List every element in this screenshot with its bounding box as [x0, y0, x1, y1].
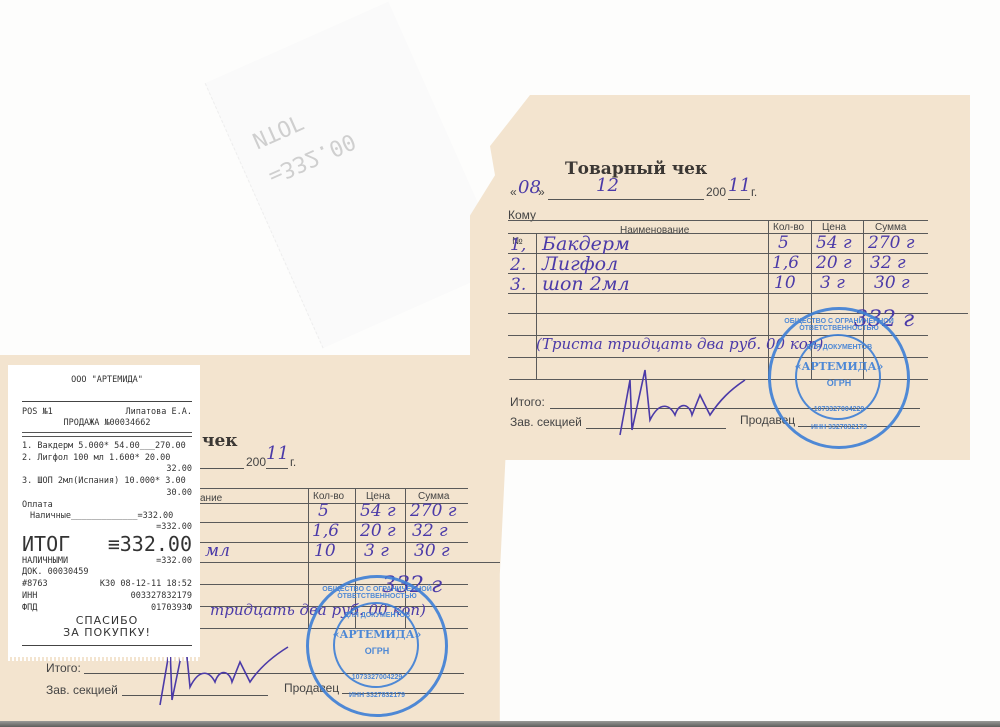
year-line: [728, 199, 750, 200]
section-head-label: Зав. секцией: [46, 683, 118, 697]
table-rule: [508, 220, 928, 221]
stamp-ogrn-label: ОГРН: [771, 378, 907, 388]
receipt-doc-number: ДОК. 00030459: [22, 567, 192, 578]
col-header-qty: Кол-во: [773, 222, 804, 233]
stamp-sub-text: ДЛЯ ДОКУМЕНТОВ: [309, 612, 445, 619]
row-2-sum: 32 г: [412, 521, 448, 541]
row-2-sum: 32 г: [870, 253, 906, 273]
row-2-number: 2.: [510, 255, 526, 275]
table-rule: [200, 562, 500, 563]
date-quote-close: »: [538, 185, 545, 199]
col-header-name-partial: ание: [200, 493, 222, 504]
row-3-name: шоп 2мл: [542, 273, 630, 295]
receipt-thanks-2: ЗА ПОКУПКУ!: [22, 627, 192, 638]
row-3-price: 3 г: [364, 541, 389, 561]
stamp-company-name: «АРТЕМИДА»: [309, 628, 445, 641]
receipt-separator: [22, 645, 192, 646]
section-head-label: Зав. секцией: [510, 415, 582, 429]
receipt-item-3: 3. ШОП 2мл(Испания) 10.000* 3.00: [22, 476, 192, 487]
form-title-partial: чек: [202, 431, 238, 451]
row-2-qty: 1,6: [312, 521, 339, 541]
row-2-qty: 1,6: [772, 253, 799, 273]
col-header-price: Цена: [822, 222, 846, 233]
date-month-line: [548, 199, 704, 200]
scanner-edge-bottom: [0, 721, 1000, 727]
receipt-cash-value: =332.00: [22, 556, 192, 567]
col-header-name: Наименование: [620, 225, 689, 236]
row-3-price: 3 г: [820, 273, 845, 293]
receipt-total-value: ≡332.00: [22, 533, 192, 555]
receipt-fpd-value: 0170393Ф: [22, 603, 192, 614]
stamp-inn: ИНН 3327832179: [309, 692, 445, 699]
col-header-sum: Сумма: [875, 222, 906, 233]
year-unit: г.: [290, 455, 296, 469]
row-3-sum: 30 г: [874, 273, 910, 293]
row-1-sum: 270 г: [868, 233, 914, 253]
stamp-ogrn-label: ОГРН: [309, 646, 445, 656]
receipt-payment-label: Оплата: [22, 500, 192, 511]
year-line: [266, 468, 288, 469]
faded-receipt-text: =332.00 ИТОГ: [240, 46, 428, 206]
row-2-name: Лигфол: [542, 253, 618, 275]
receipt-item-2: 2. Лигфол 100 мл 1.600* 20.00: [22, 453, 192, 464]
row-3-qty: 10: [314, 541, 336, 561]
total-label: Итого:: [510, 395, 545, 409]
row-1-price: 54 г: [360, 501, 396, 521]
stamp-company-name: «АРТЕМИДА»: [771, 360, 907, 373]
receipt-double-separator: [22, 432, 192, 437]
form-title: Товарный чек: [565, 159, 707, 179]
date-month: 12: [596, 175, 619, 196]
row-1-price: 54 г: [816, 233, 852, 253]
stamp-ring-text: ОБЩЕСТВО С ОГРАНИЧЕННОЙ ОТВЕТСТВЕННОСТЬЮ: [309, 586, 445, 600]
stamp-inn: ИНН 3327832179: [771, 424, 907, 431]
row-1-number: 1,: [510, 235, 526, 255]
cash-register-receipt: ООО "АРТЕМИДА" POS №1 Липатова Е.А. ПРОД…: [8, 365, 200, 657]
row-3-number: 3.: [510, 275, 526, 295]
sales-receipt-form-front: Товарный чек « 08 » 12 200 11 г. Кому № …: [470, 95, 970, 460]
year-suffix: 11: [728, 175, 751, 196]
stamp-ogrn: 1073327004229: [771, 406, 907, 413]
row-1-qty: 5: [778, 233, 789, 253]
year-prefix: 200: [706, 185, 726, 199]
receipt-item-1: 1. Вакдерм 5.000* 54.00___270.00: [22, 441, 192, 452]
receipt-company: ООО "АРТЕМИДА": [22, 375, 192, 386]
year-unit: г.: [751, 185, 757, 199]
receipt-item-2-sum: 32.00: [22, 464, 192, 475]
stamp-ring-text: ОБЩЕСТВО С ОГРАНИЧЕННОЙ ОТВЕТСТВЕННОСТЬЮ: [771, 318, 907, 332]
company-stamp: ОБЩЕСТВО С ОГРАНИЧЕННОЙ ОТВЕТСТВЕННОСТЬЮ…: [306, 575, 448, 717]
stamp-sub-text: ДЛЯ ДОКУМЕНТОВ: [771, 344, 907, 351]
table-col-rule: [768, 220, 769, 379]
receipt-separator: [22, 401, 192, 402]
signature: [600, 360, 750, 440]
receipt-thanks-1: СПАСИБО: [22, 615, 192, 626]
date-line: [200, 468, 244, 469]
row-3-sum: 30 г: [414, 541, 450, 561]
row-3-qty: 10: [774, 273, 796, 293]
total-label: Итого:: [46, 661, 81, 675]
faded-itog: ИТОГ: [251, 70, 402, 147]
receipt-inn-value: 003327832179: [22, 591, 192, 602]
year-prefix: 200: [246, 455, 266, 469]
row-3-name-partial: мл: [205, 541, 230, 561]
receipt-cash-line: Наличные_____________=332.00: [22, 511, 192, 522]
date-quote-open: «: [510, 185, 517, 199]
year-suffix: 11: [266, 443, 289, 464]
receipt-cashier: Липатова Е.А.: [22, 407, 192, 418]
faded-receipt-back: =332.00 ИТОГ: [205, 2, 507, 349]
company-stamp: ОБЩЕСТВО С ОГРАНИЧЕННОЙ ОТВЕТСТВЕННОСТЬЮ…: [768, 307, 910, 449]
receipt-item-3-sum: 30.00: [22, 488, 192, 499]
receipt-datetime: КЗ0 08-12-11 18:52: [22, 579, 192, 590]
row-1-sum: 270 г: [410, 501, 456, 521]
table-rule: [200, 488, 468, 489]
row-2-price: 20 г: [816, 253, 852, 273]
receipt-torn-edge: [8, 657, 200, 661]
receipt-sale-number: ПРОДАЖА №00034662: [22, 418, 192, 429]
table-col-rule: [536, 233, 537, 379]
stamp-ogrn: 1073327004229: [309, 674, 445, 681]
row-1-qty: 5: [318, 501, 329, 521]
row-1-name: Бакдерм: [542, 233, 630, 255]
row-2-price: 20 г: [360, 521, 396, 541]
